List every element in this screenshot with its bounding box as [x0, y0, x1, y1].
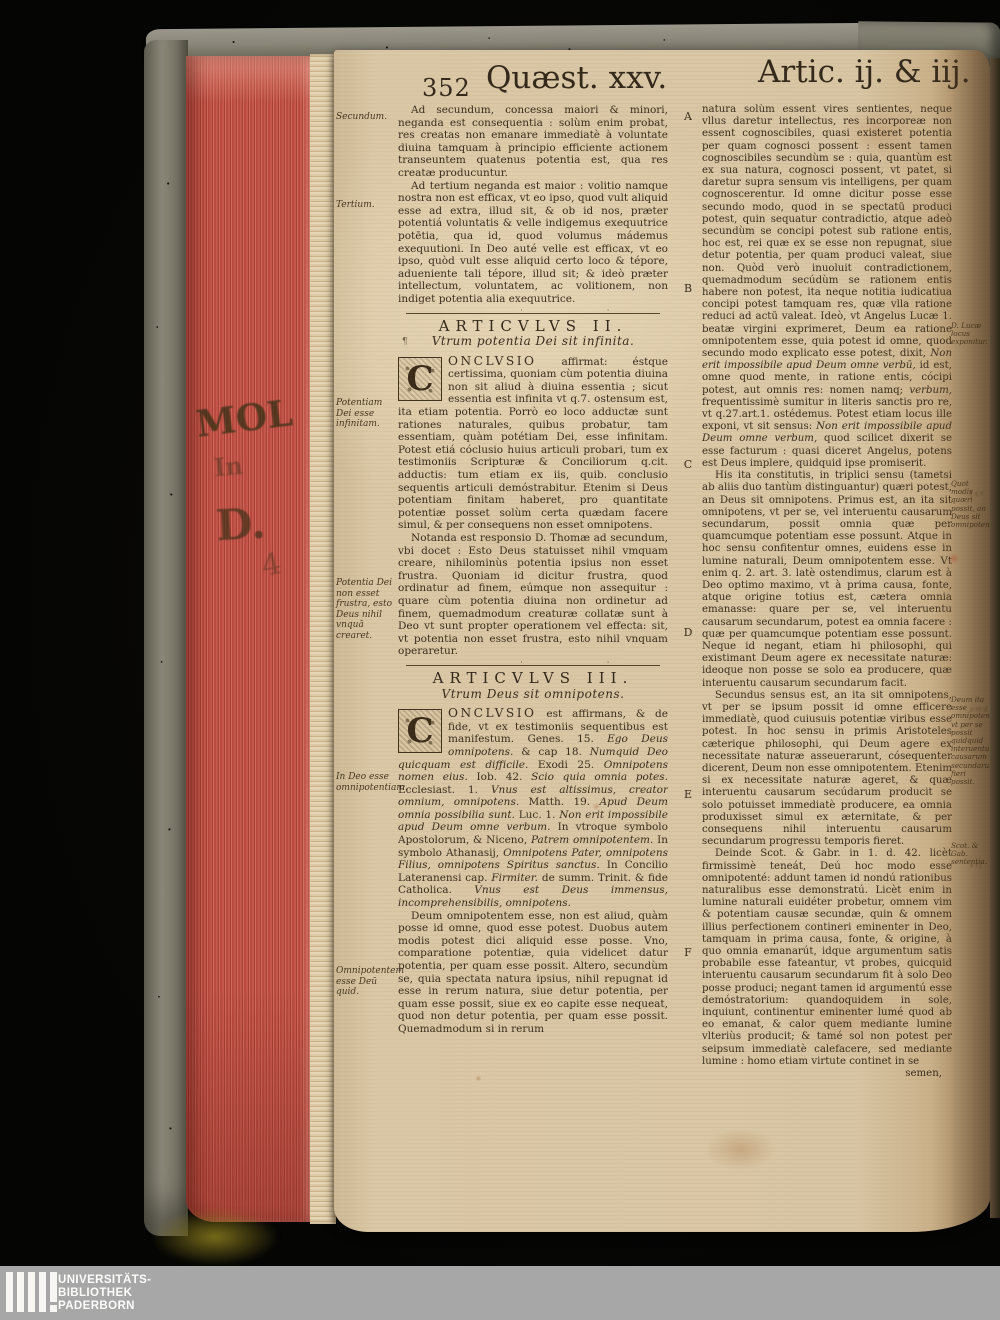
margin-note: Omnipotentem esse Deū quid. [336, 966, 396, 998]
margin-note: D. Lucæ locus exponitur. [951, 322, 989, 347]
section-letter-marker: A [680, 110, 696, 123]
scanned-book-photo: MOL In D. 4 352 Quæst. xxv. Artic. ij. &… [0, 0, 1000, 1320]
catchword: semen, [702, 1068, 952, 1080]
section-rule [406, 665, 660, 666]
articulus-iii-heading: ARTICVLVS III. [398, 672, 668, 685]
decorated-initial-C: C [398, 357, 442, 401]
logo-bar [39, 1272, 46, 1312]
paragraph-mark: ¶ [402, 336, 408, 349]
section-rule [406, 313, 660, 314]
margin-note: Quot modis quæri possit, an Deus sit omn… [951, 480, 989, 529]
edge-text-fragment: a t ſ [970, 862, 988, 869]
section-letter-marker: C [680, 458, 696, 471]
paragraph-notanda: Notanda est responsio D. Thomæ ad secund… [398, 532, 668, 658]
library-name-line1: UNIVERSITÄTS- [58, 1274, 151, 1287]
book-cover-binding-edge [144, 40, 188, 1236]
paragraph-secundus-sensus: Secundus sensus est, an ita sit omnipote… [702, 690, 952, 849]
section-letter-marker: D [680, 626, 696, 639]
book-red-fore-edge [186, 56, 312, 1222]
library-name: UNIVERSITÄTS- BIBLIOTHEK PADERBORN [58, 1274, 151, 1313]
text-column-right: natura solùm essent vires sentientes, ne… [702, 104, 952, 1199]
fore-edge-handwriting: D. [215, 499, 267, 551]
fore-edge-handwriting: In [213, 451, 244, 482]
section-letter-marker: B [680, 282, 696, 295]
articulus-ii-subtitle-text: Vtrum potentia Dei sit infinita. [432, 334, 635, 348]
paragraph-conclusio-ii: Conclvsio affirmat: éstque certissima, q… [398, 355, 668, 532]
section-letter-marker: F [680, 946, 696, 959]
library-name-line2: BIBLIOTHEK [58, 1287, 151, 1300]
running-title-quaestio: Quæst. xxv. [486, 60, 667, 96]
margin-note: Potentia Dei non esset frustra, esto Deu… [336, 578, 396, 642]
articulus-iii-subtitle: Vtrum Deus sit omnipotens. [398, 688, 668, 701]
library-name-line3: PADERBORN [58, 1300, 151, 1313]
articulus-ii-subtitle: ¶Vtrum potentia Dei sit infinita. [398, 335, 668, 348]
articulus-ii-heading: ARTICVLVS II. [398, 320, 668, 333]
paragraph-ad-secundum: Ad secundum, concessa maiori & minori, n… [398, 104, 668, 180]
paragraph-ad-tertium: Ad tertium neganda est maior : volitio n… [398, 180, 668, 306]
decorated-initial-C: C [398, 709, 442, 753]
paragraph-natura: natura solùm essent vires sentientes, ne… [702, 104, 952, 470]
edge-text-fragment: p m d [970, 706, 988, 713]
paragraph-his-ita: His ita constitutis, in triplici sensu (… [702, 470, 952, 690]
paragraph-deinde-scot: Deinde Scot. & Gabr. in 1. d. 42. licèt … [702, 848, 952, 1068]
articulus-iii-subtitle-text: Vtrum Deus sit omnipotens. [442, 687, 625, 701]
page-number: 352 [422, 74, 471, 102]
edge-text-fragment: ſ q v [970, 490, 988, 497]
section-letter-marker: E [680, 788, 696, 801]
library-logo-bars-icon [6, 1272, 57, 1318]
book-page: 352 Quæst. xxv. Artic. ij. & iij. Secund… [334, 50, 990, 1232]
logo-bar [6, 1272, 13, 1312]
margin-note: Tertium. [336, 200, 396, 211]
olive-paint-smudge [150, 1208, 280, 1266]
paragraph-conclusio-iii: Conclvsio est affirmans, & de fide, vt e… [398, 707, 668, 910]
text-column-left: Ad secundum, concessa maiori & minori, n… [398, 104, 668, 1216]
logo-exclamation-bar [50, 1272, 57, 1318]
logo-bar [17, 1272, 24, 1312]
adjacent-pages-edge [990, 58, 1000, 1218]
margin-note: In Deo esse omnipotentiam. [336, 772, 396, 793]
running-title-articulus: Artic. ij. & iij. [758, 54, 971, 90]
wormhole-speckles [144, 40, 188, 1236]
margin-note: Secundum. [336, 112, 396, 123]
logo-bar [28, 1272, 35, 1312]
margin-note: Potentiam Dei esse infinitam. [336, 398, 396, 430]
page-leaves-edge [310, 54, 336, 1224]
library-watermark-band: UNIVERSITÄTS- BIBLIOTHEK PADERBORN [0, 1266, 1000, 1320]
paragraph-deum-omnipotentem: Deum omnipotentem esse, non est aliud, q… [398, 910, 668, 1036]
